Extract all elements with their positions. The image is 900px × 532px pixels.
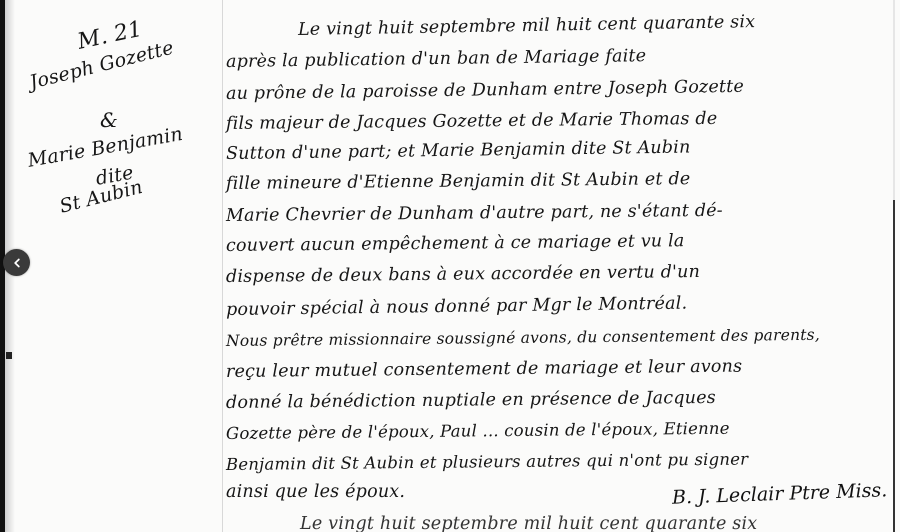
body-line: donné la bénédiction nuptiale en présenc… [226, 388, 716, 413]
page-right-edge [893, 0, 895, 200]
body-line: Sutton d'une part; et Marie Benjamin dit… [226, 138, 691, 164]
body-line: couvert aucun empêchement à ce mariage e… [226, 231, 685, 256]
margin-rule [222, 0, 223, 532]
body-line: après la publication d'un ban de Mariage… [226, 46, 647, 72]
image-viewer: M. 21 Joseph Gozette & Marie Benjamin di… [0, 0, 900, 532]
page-right-edge-dark [893, 200, 895, 532]
body-line: ainsi que les époux. [226, 482, 405, 502]
body-line: Nous prêtre missionnaire soussigné avons… [226, 326, 820, 350]
next-entry-partial-line: Le vingt huit septembre mil huit cent qu… [300, 514, 757, 532]
binding-mark [6, 352, 12, 359]
chevron-left-icon [12, 258, 22, 268]
body-line: fille mineure d'Etienne Benjamin dit St … [226, 169, 691, 194]
body-line: Gozette père de l'époux, Paul ... cousin… [226, 419, 730, 443]
margin-ampersand: & [100, 108, 118, 132]
previous-image-button[interactable] [3, 249, 30, 276]
body-line: fils majeur de Jacques Gozette et de Mar… [226, 109, 718, 134]
body-line: Marie Chevrier de Dunham d'autre part, n… [226, 201, 723, 226]
body-line: au prône de la paroisse de Dunham entre … [226, 77, 744, 104]
body-line: dispense de deux bans à eux accordée en … [226, 262, 700, 287]
body-line: Benjamin dit St Aubin et plusieurs autre… [226, 450, 748, 474]
priest-signature: B. J. Leclair Ptre Miss. [672, 479, 888, 508]
body-line: Le vingt huit septembre mil huit cent qu… [298, 12, 756, 40]
body-line: pouvoir spécial à nous donné par Mgr le … [226, 294, 688, 320]
body-line: reçu leur mutuel consentement de mariage… [226, 357, 742, 382]
